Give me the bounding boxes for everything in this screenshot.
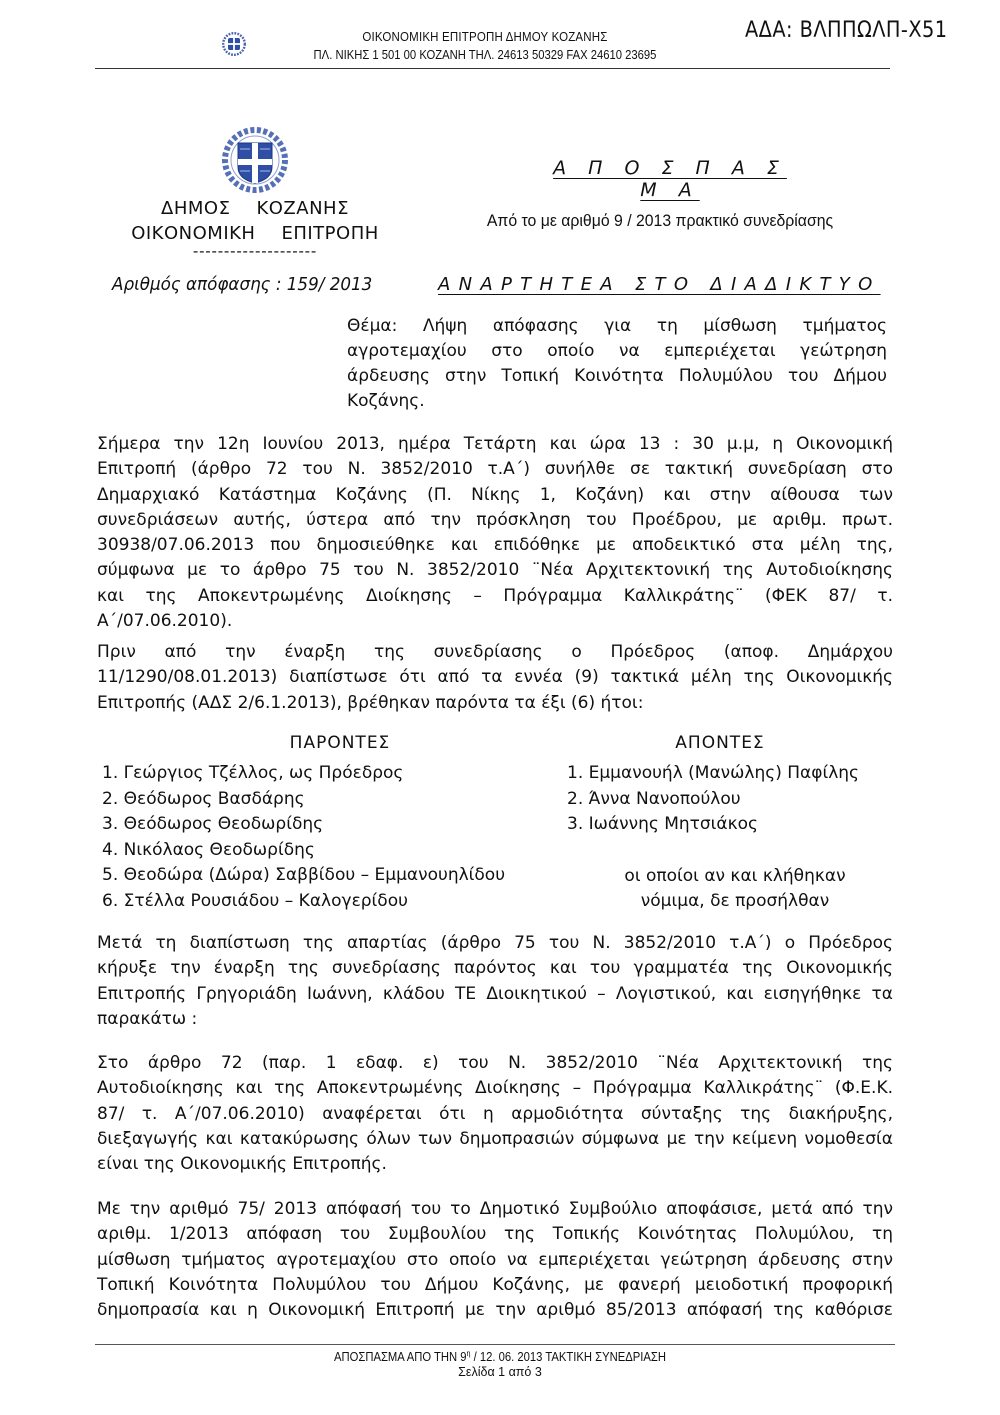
absent-note-line: νόμιμα, δε προσήλθαν [580,889,890,914]
footer-meeting-ref: ΑΠΟΣΠΑΣΜΑ ΑΠΟ ΤΗΝ 9η / 12. 06. 2013 ΤΑΚΤ… [230,1349,770,1364]
text-line: 30938/07.06.2013 που δημοσιεύθηκε και επ… [97,533,893,558]
subject-line: Κοζάνης. [347,389,887,414]
ada-code: ΑΔΑ: ΒΛΠΠΩΛΠ-Χ51 [745,18,948,43]
subject-line: άρδευσης στην Τοπική Κοινότητα Πολυμύλου… [347,364,887,389]
absent-note: οι οποίοι αν και κλήθηκαν νόμιμα, δε προ… [580,864,890,914]
text-line: Επιτροπής (ΑΔΣ 2/6.1.2013), βρέθηκαν παρ… [97,691,893,716]
page-number: Σελίδα 1 από 3 [300,1365,700,1379]
header-divider [95,68,890,69]
text-line: είναι της Οικονομικής Επιτροπής. [97,1152,893,1177]
subject-line: Θέμα: Λήψη απόφασης για τη μίσθωση τμήμα… [347,314,887,339]
text-line: σύμφωνα με το άρθρο 75 του Ν. 3852/2010 … [97,558,893,583]
document-type-title: Α Π Ο Σ Π Α Σ Μ Α [540,157,800,201]
posting-notice: ΑΝΑΡΤΗΤΕΑ ΣΤΟ ΔΙΑΔΙΚΤΥΟ [438,274,881,295]
text-line: Στο άρθρο 72 (παρ. 1 εδαφ. ε) του Ν. 385… [97,1051,893,1076]
coat-of-arms-icon [220,125,290,195]
subject-line: αγροτεμαχίου στο οποίο να εμπεριέχεται γ… [347,339,887,364]
paragraph-opening: Μετά τη διαπίστωση της απαρτίας (άρθρο 7… [97,931,893,1032]
text-line: μίσθωση τμήματος αγροτεμαχίου στο οποίο … [97,1248,893,1273]
text-line: παρακάτω : [97,1007,893,1032]
present-member: 1. Γεώργιος Τζέλλος, ως Πρόεδρος [102,761,505,787]
present-heading: ΠΑΡΟΝΤΕΣ [230,733,450,753]
issuer-block: ΔΗΜΟΣΚΟΖΑΝΗΣ ΟΙΚΟΝΟΜΙΚΗΕΠΙΤΡΟΠΗ [120,196,390,246]
text-line: Αυτοδιοίκησης και της Αποκεντρωμένης Διο… [97,1076,893,1101]
present-member: 5. Θεοδώρα (Δώρα) Σαββίδου – Εμμανουηλίδ… [102,863,505,889]
absent-list: 1. Εμμανουήλ (Μανώλης) Παφίλης 2. Άννα Ν… [567,761,859,838]
absent-member: 1. Εμμανουήλ (Μανώλης) Παφίλης [567,761,859,787]
absent-note-line: οι οποίοι αν και κλήθηκαν [580,864,890,889]
text-line: δημοπρασία και η Οικονομική Επιτροπή με … [97,1298,893,1323]
text-line: Τοπική Κοινότητα Πολυμύλου του Δήμου Κοζ… [97,1273,893,1298]
decision-number: Αριθμός απόφασης : 159/ 2013 [112,274,372,295]
text-line: κήρυξε την έναρξη της συνεδρίασης παρόντ… [97,956,893,981]
text-line: 87/ τ. Α΄/07.06.2010) αναφέρεται ότι η α… [97,1102,893,1127]
header-org-line: ΟΙΚΟΝΟΜΙΚΗ ΕΠΙΤΡΟΠΗ ΔΗΜΟΥ ΚΟΖΑΝΗΣ [287,30,683,44]
subject-block: Θέμα: Λήψη απόφασης για τη μίσθωση τμήμα… [347,314,887,414]
paragraph-meeting-intro: Σήμερα την 12η Ιουνίου 2013, ημέρα Τετάρ… [97,432,893,634]
text-line: Επιτροπή (άρθρο 72 του Ν. 3852/2010 τ.Α΄… [97,457,893,482]
coat-of-arms-icon [222,32,246,56]
text-line: Δημαρχιακό Κατάστημα Κοζάνης (Π. Νίκης 1… [97,483,893,508]
text-line: Σήμερα την 12η Ιουνίου 2013, ημέρα Τετάρ… [97,432,893,457]
absent-heading: ΑΠΟΝΤΕΣ [620,733,820,753]
issuer-epitropi: ΕΠΙΤΡΟΠΗ [281,223,378,244]
present-member: 6. Στέλλα Ρουσιάδου – Καλογερίδου [102,889,505,915]
text-line: Με την αριθμό 75/ 2013 απόφασή του το Δη… [97,1197,893,1222]
text-line: και της Αποκεντρωμένης Διοίκησης – Πρόγρ… [97,584,893,609]
issuer-oikonomiki: ΟΙΚΟΝΟΜΙΚΗ [131,223,255,244]
paragraph-legal-basis: Στο άρθρο 72 (παρ. 1 εδαφ. ε) του Ν. 385… [97,1051,893,1177]
footer-ref-text: ΑΠΟΣΠΑΣΜΑ ΑΠΟ ΤΗΝ 9 [334,1350,466,1364]
present-member: 4. Νικόλαος Θεοδωρίδης [102,838,505,864]
text-line: Μετά τη διαπίστωση της απαρτίας (άρθρο 7… [97,931,893,956]
paragraph-council-decision: Με την αριθμό 75/ 2013 απόφασή του το Δη… [97,1197,893,1323]
present-member: 3. Θεόδωρος Θεοδωρίδης [102,812,505,838]
text-line: 11/1290/08.01.2013) διαπίστωσε ότι από τ… [97,665,893,690]
absent-member: 2. Άννα Νανοπούλου [567,787,859,813]
header-address-line: ΠΛ. ΝΙΚΗΣ 1 501 00 ΚΟΖΑΝΗ ΤΗΛ. 24613 503… [274,48,697,62]
dashed-separator: -------------------- [125,242,385,260]
text-line: αριθμ. 1/2013 απόφαση του Συμβουλίου της… [97,1222,893,1247]
present-list: 1. Γεώργιος Τζέλλος, ως Πρόεδρος 2. Θεόδ… [102,761,505,914]
present-member: 2. Θεόδωρος Βασδάρης [102,787,505,813]
text-line: Α΄/07.06.2010). [97,609,893,634]
footer-ref-date: / 12. 06. 2013 ΤΑΚΤΙΚΗ ΣΥΝΕΔΡΙΑΣΗ [471,1350,666,1364]
text-line: Επιτροπής Γρηγοριάδη Ιωάννη, κλάδου ΤΕ Δ… [97,982,893,1007]
footer-divider [95,1344,895,1345]
issuer-kozanis: ΚΟΖΑΝΗΣ [256,198,349,219]
absent-member: 3. Ιωάννης Μητσιάκος [567,812,859,838]
text-line: συνεδριάσεων αυτής, ύστερα από την πρόσκ… [97,508,893,533]
minutes-reference: Από το με αριθμό 9 / 2013 πρακτικό συνεδ… [455,211,864,231]
paragraph-quorum: Πριν από την έναρξη της συνεδρίασης ο Πρ… [97,640,893,716]
text-line: διεξαγωγής και κατακύρωσης όλων των δημο… [97,1127,893,1152]
text-line: Πριν από την έναρξη της συνεδρίασης ο Πρ… [97,640,893,665]
issuer-dimos: ΔΗΜΟΣ [161,198,230,219]
